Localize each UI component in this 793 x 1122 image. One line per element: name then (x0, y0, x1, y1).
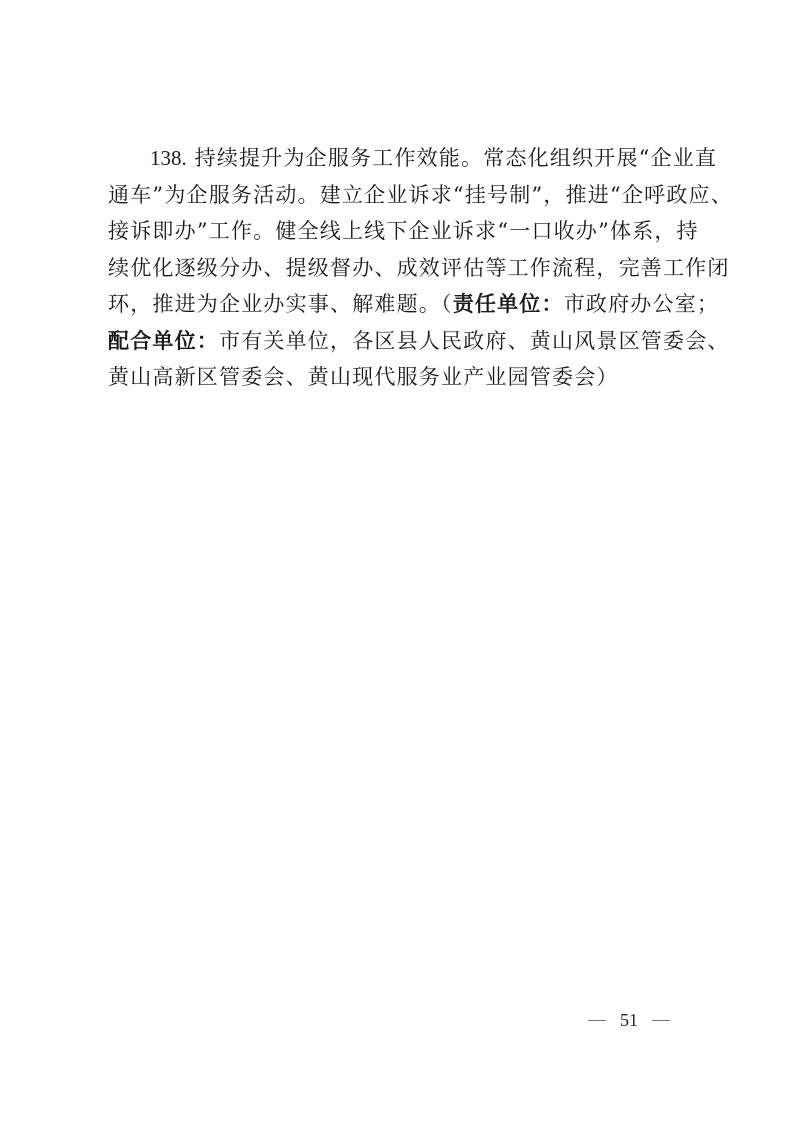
item-title: 持续提升为企服务工作效能。 (195, 146, 484, 170)
paragraph-line-7: 黄山高新区管委会、黄山现代服务业产业园管委会） (108, 359, 688, 396)
cooperating-unit-value-cont: 黄山高新区管委会、黄山现代服务业产业园管委会） (108, 365, 619, 389)
document-page: 138. 持续提升为企服务工作效能。常态化组织开展“企业直 通车”为企服务活动。… (0, 0, 793, 1122)
paragraph-line-4: 续优化逐级分办、提级督办、成效评估等工作流程，完善工作闭 (108, 250, 688, 287)
line-text: 续优化逐级分办、提级督办、成效评估等工作流程，完善工作闭 (108, 256, 730, 280)
page-number: 51 (620, 1010, 638, 1031)
paragraph-line-6: 配合单位：市有关单位，各区县人民政府、黄山风景区管委会、 (108, 323, 688, 360)
paragraph-line-2: 通车”为企服务活动。建立企业诉求“挂号制”，推进“企呼政应、 (108, 177, 688, 214)
line-text: 常态化组织开展“企业直 (483, 146, 717, 170)
dash-right-decoration (652, 1020, 670, 1022)
line-text: 环，推进为企业办实事、解难题。（ (108, 292, 453, 316)
cooperating-unit-label: 配合单位： (108, 328, 219, 353)
responsible-unit-label: 责任单位： (453, 291, 564, 316)
page-footer: 51 (588, 1010, 670, 1031)
paragraph-line-1: 138. 持续提升为企服务工作效能。常态化组织开展“企业直 (108, 140, 688, 177)
responsible-unit-value: 市政府办公室； (564, 292, 719, 316)
body-paragraph: 138. 持续提升为企服务工作效能。常态化组织开展“企业直 通车”为企服务活动。… (108, 140, 688, 396)
line-text: 通车”为企服务活动。建立企业诉求“挂号制”，推进“企呼政应、 (108, 183, 733, 207)
cooperating-unit-value: 市有关单位，各区县人民政府、黄山风景区管委会、 (219, 329, 730, 353)
line-text: 接诉即办”工作。健全线上线下企业诉求“一口收办”体系，持 (108, 219, 699, 243)
item-number: 138. (150, 146, 187, 170)
dash-left-decoration (588, 1020, 606, 1022)
paragraph-line-5: 环，推进为企业办实事、解难题。（责任单位：市政府办公室； (108, 286, 688, 323)
paragraph-line-3: 接诉即办”工作。健全线上线下企业诉求“一口收办”体系，持 (108, 213, 688, 250)
